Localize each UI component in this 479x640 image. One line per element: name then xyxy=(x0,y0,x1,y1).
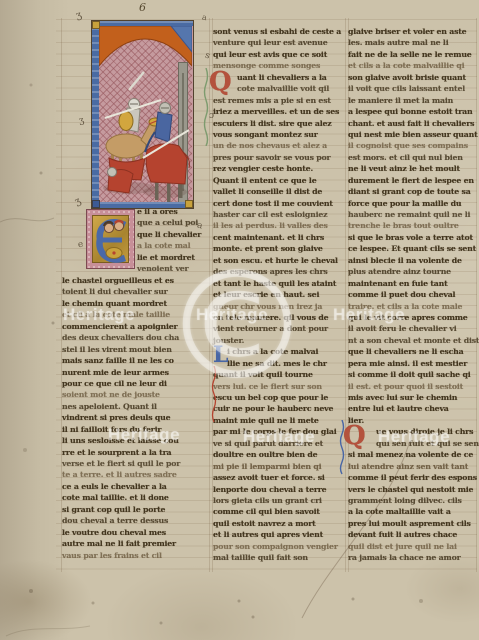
text-line: mal taillie quil fait son xyxy=(213,552,344,563)
margin-squiggle-mark: ʒ xyxy=(73,195,83,207)
text-line: et cils a la cote malvaillie qi xyxy=(348,60,477,71)
margin-squiggle-mark: ʒ xyxy=(75,9,83,21)
text-line: soient mot ne de jouste xyxy=(62,389,209,400)
text-line: que li chevaliers ne li escha xyxy=(348,346,477,357)
initial-letter-figures xyxy=(92,215,131,265)
text-line: lie et mordret xyxy=(137,252,209,263)
text-line: gramment loing dilvec. cils xyxy=(348,495,477,506)
text-line: diant si grant cop de toute sa xyxy=(348,186,477,197)
text-line: mais sanz faille il ne les co xyxy=(62,355,209,366)
text-line: assez avoit tuer et force. si xyxy=(213,472,344,483)
text-line: sont venus si esbahi de ceste a xyxy=(213,26,344,37)
text-line: autre mal ne li fait premier xyxy=(62,538,209,549)
margin-squiggle-mark: e xyxy=(77,240,84,251)
text-line: quant il voit quil tourne xyxy=(213,369,344,380)
text-line: a lespee qui bonne estoit tran xyxy=(348,106,477,117)
text-line: vers lui. ce le fiert sur son xyxy=(213,381,344,392)
text-line: le voutre dou cheval mes xyxy=(62,527,209,538)
text-line: uant li chevaliers a la xyxy=(213,72,344,83)
text-line: le maniere il met la main xyxy=(348,95,477,106)
text-line: durement le fiert de lespee en xyxy=(348,175,477,186)
text-line: il cognoist que ses compains xyxy=(348,140,477,151)
text-line: lenporte dou cheval a terre xyxy=(213,484,344,495)
column-1: le chastel orgueilleus et estoient li du… xyxy=(62,275,209,561)
text-line: cert done tost il me couvient xyxy=(213,198,344,209)
text-line: doultre en oultre bien de xyxy=(213,449,344,460)
text-line: venoient ver xyxy=(137,263,209,274)
text-line: et li autres qui apres vient xyxy=(213,529,344,540)
text-line: vaus par les frains et cil xyxy=(62,550,209,561)
text-line: mi pie il lemparmi bien qi xyxy=(213,461,344,472)
text-line: cent maintenant. et li chrs xyxy=(213,232,344,243)
margin-squiggle-mark: s xyxy=(203,51,211,62)
text-line: si mal menez na volente de ce xyxy=(348,449,477,460)
text-line: gneur chr vous nen irez ja xyxy=(213,301,344,312)
text-line: le chemin quant mordret xyxy=(62,298,209,309)
text-line: et tant le haste quil les ataint xyxy=(213,278,344,289)
text-line: plus atendre ainz tourne xyxy=(348,266,477,277)
text-line: des esperons apres les chrs xyxy=(213,266,344,277)
miniature-frame-left xyxy=(92,21,99,208)
text-line: nt a son cheval et monte et dist xyxy=(348,335,477,346)
text-line: nes apeloient. Quant il xyxy=(62,401,209,412)
text-line: pour son compaignon vengier xyxy=(213,541,344,552)
text-line: comme il peut ferir des espons xyxy=(348,472,477,483)
text-line: en tele maniere. qil vous de xyxy=(213,312,344,323)
pen-initial-Q-col3: Q xyxy=(343,423,366,449)
pen-initial-Q-col2: Q xyxy=(209,69,232,95)
text-line: ra jamais la chace ne amor xyxy=(348,552,477,563)
text-line: chant. et ausi fait li chevaliers xyxy=(348,118,477,129)
text-line: quil dist et jure quil ne lai xyxy=(348,541,477,552)
text-line: et cil a la cote male taillie xyxy=(62,309,209,320)
text-line: traire. et cils a la cote male xyxy=(348,301,477,312)
text-line: pera mie ainsi. il est mestier xyxy=(348,358,477,369)
miniature-frame-top xyxy=(92,21,193,26)
text-line: et son escu. et hurte le cheval xyxy=(213,255,344,266)
text-line: li uns sesloisse et laisse cou xyxy=(62,435,209,446)
text-line: ne li veut ainz le het moult xyxy=(348,163,477,174)
text-line: si que le bras vole a terre atot xyxy=(348,232,477,243)
margin-squiggle-mark: a xyxy=(201,13,207,23)
text-line: ue vous diroie je li chrs xyxy=(348,426,477,437)
text-line: hauberc ne remaint quil ne li xyxy=(348,209,477,220)
text-line: rez vengier ceste honte. xyxy=(213,163,344,174)
text-line: pour ce que cil ne leur di xyxy=(62,378,209,389)
text-line: pres lui moult asprement cils xyxy=(348,518,477,529)
text-line: rre et le sourprent a la tra xyxy=(62,447,209,458)
text-line: maintenant en fuie tant xyxy=(348,278,477,289)
text-line: est remes mis a pie si en est xyxy=(213,95,344,106)
text-line: pres pour savoir se vous por xyxy=(213,152,344,163)
text-line: vallet li conseille il dist de xyxy=(213,186,344,197)
text-line: stel il les virent mout bien xyxy=(62,344,209,355)
text-line: est mors. et cil qui nul bien xyxy=(348,152,477,163)
text-line: qui nest mie bien asseur quant xyxy=(348,129,477,140)
column-2: sont venus si esbahi de ceste aventure q… xyxy=(213,26,344,564)
column-1-beside-initial: e il a oresque a celui poique li chevali… xyxy=(137,206,209,275)
text-line: il les ai perdus. li valles des xyxy=(213,220,344,231)
text-line: le chastel orgueilleus et es xyxy=(62,275,209,286)
text-line: verse et le fiert si quil le por xyxy=(62,458,209,469)
text-line: les. mais autre mal ne li xyxy=(348,37,477,48)
manuscript-photo: 6 xyxy=(0,0,479,640)
text-line: escuiers li dist. sire que alez xyxy=(213,118,344,129)
text-line: et leur escrie en haut. sei xyxy=(213,289,344,300)
text-line: llie ne sa dit. mes le chr xyxy=(213,358,344,369)
text-line: fait ne de la selle ne le remue xyxy=(348,49,477,60)
text-line: ce a euls le chevalier a la xyxy=(62,481,209,492)
text-line: vindrent si pres deuls que xyxy=(62,412,209,423)
text-line: si comme il doit quil sache qi xyxy=(348,369,477,380)
text-line: vient retourner a dont pour xyxy=(213,323,344,334)
text-line: glaive briser et voler en aste xyxy=(348,26,477,37)
ruling-vertical xyxy=(209,18,210,572)
margin-squiggle-mark: ɔ xyxy=(209,111,214,121)
text-line: qui le vit corre apres comme xyxy=(348,312,477,323)
text-line: si grant cop quil le porte xyxy=(62,504,209,515)
quire-mark: 6 xyxy=(139,1,146,14)
text-line: iriez a merveilles. et un de ses xyxy=(213,106,344,117)
text-line: Quant il entent ce que le xyxy=(213,175,344,186)
text-line: il voit que cils laissant entel xyxy=(348,83,477,94)
text-line: jouster. xyxy=(213,335,344,346)
text-line: cote malvaillie voit qil xyxy=(213,83,344,94)
text-line: cote mal taillie. et li done xyxy=(62,492,209,503)
text-line: ainsi blecie il na volente de xyxy=(348,255,477,266)
text-line: dou cheval a terre dessus xyxy=(62,515,209,526)
miniature-corner-gold xyxy=(185,200,193,208)
text-line: a la cote maltaillie vait a xyxy=(348,506,477,517)
text-line: vers le chastel qui nestoit mie xyxy=(348,484,477,495)
text-line: lui atendre ainz sen vait tant xyxy=(348,461,477,472)
text-line: mis avec lui sur le chemin xyxy=(348,392,477,403)
margin-squiggle-mark: ʒ xyxy=(78,116,85,127)
text-line: a la cote mal xyxy=(137,240,209,251)
pen-initial-L-col2: L xyxy=(213,344,228,366)
text-line: il avoit feru le chevalier vi xyxy=(348,323,477,334)
miniature-joust-scene xyxy=(92,21,193,208)
text-line: il est. et pour quoi il sestoit xyxy=(348,381,477,392)
miniature-frame-bottom xyxy=(92,202,193,208)
miniature-corner-blue xyxy=(92,200,100,208)
text-line: vous songant montez sur xyxy=(213,129,344,140)
text-line: mensonge comme songes xyxy=(213,60,344,71)
text-line: te a terre. et li autres sadre xyxy=(62,469,209,480)
text-line: lier. xyxy=(348,415,477,426)
text-line: il ni failloit fors du ferir xyxy=(62,424,209,435)
text-line: cuir ne pour le hauberc neve xyxy=(213,403,344,414)
text-line: entre lui et lautre cheva xyxy=(348,403,477,414)
miniature-corner-gold xyxy=(92,21,100,29)
text-line: escu un bel cop que pour le xyxy=(213,392,344,403)
text-line: par mi le corps le fer dou glai xyxy=(213,426,344,437)
historiated-initial-E xyxy=(86,209,135,269)
miniature-knights xyxy=(99,62,192,203)
text-line: monte. et prent son glaive xyxy=(213,243,344,254)
text-line: force que pour la maille du xyxy=(348,198,477,209)
column-3: glaive briser et voler en asteles. mais … xyxy=(348,26,477,564)
text-line: i chrs a la cote malvai xyxy=(213,346,344,357)
text-line: nurent mie de leur armes xyxy=(62,367,209,378)
text-line: un de nos chevaus et alez a xyxy=(213,140,344,151)
text-line: lors gieta cils un grant cri xyxy=(213,495,344,506)
ruling-vertical xyxy=(345,18,346,572)
text-line: devant fuit li autres chace xyxy=(348,529,477,540)
text-line: commencierent a apoignier xyxy=(62,321,209,332)
text-line: son glaive avoit brisie quant xyxy=(348,72,477,83)
text-line: ve si quil parut darriere et xyxy=(213,438,344,449)
text-line: des deux chevaliers dou cha xyxy=(62,332,209,343)
text-line: maint mie quil ne li mete xyxy=(213,415,344,426)
text-line: qui leur est avis que ce soit xyxy=(213,49,344,60)
text-line: qui sen fuit et qui se sent xyxy=(348,438,477,449)
text-line: trenche le bras tout oultre xyxy=(348,220,477,231)
text-line: comme cil qui bien savoit xyxy=(213,506,344,517)
text-line: venture qui leur est avenue xyxy=(213,37,344,48)
parchment-specks xyxy=(0,0,2,2)
text-line: quil estoit navrez a mort xyxy=(213,518,344,529)
text-line: comme il puet dou cheval xyxy=(348,289,477,300)
red-flourish xyxy=(211,366,217,428)
text-line: ce lespee. Et quant cils se sent xyxy=(348,243,477,254)
text-line: haster car cil est esloigniez xyxy=(213,209,344,220)
text-line: toient li dui chevalier sur xyxy=(62,286,209,297)
